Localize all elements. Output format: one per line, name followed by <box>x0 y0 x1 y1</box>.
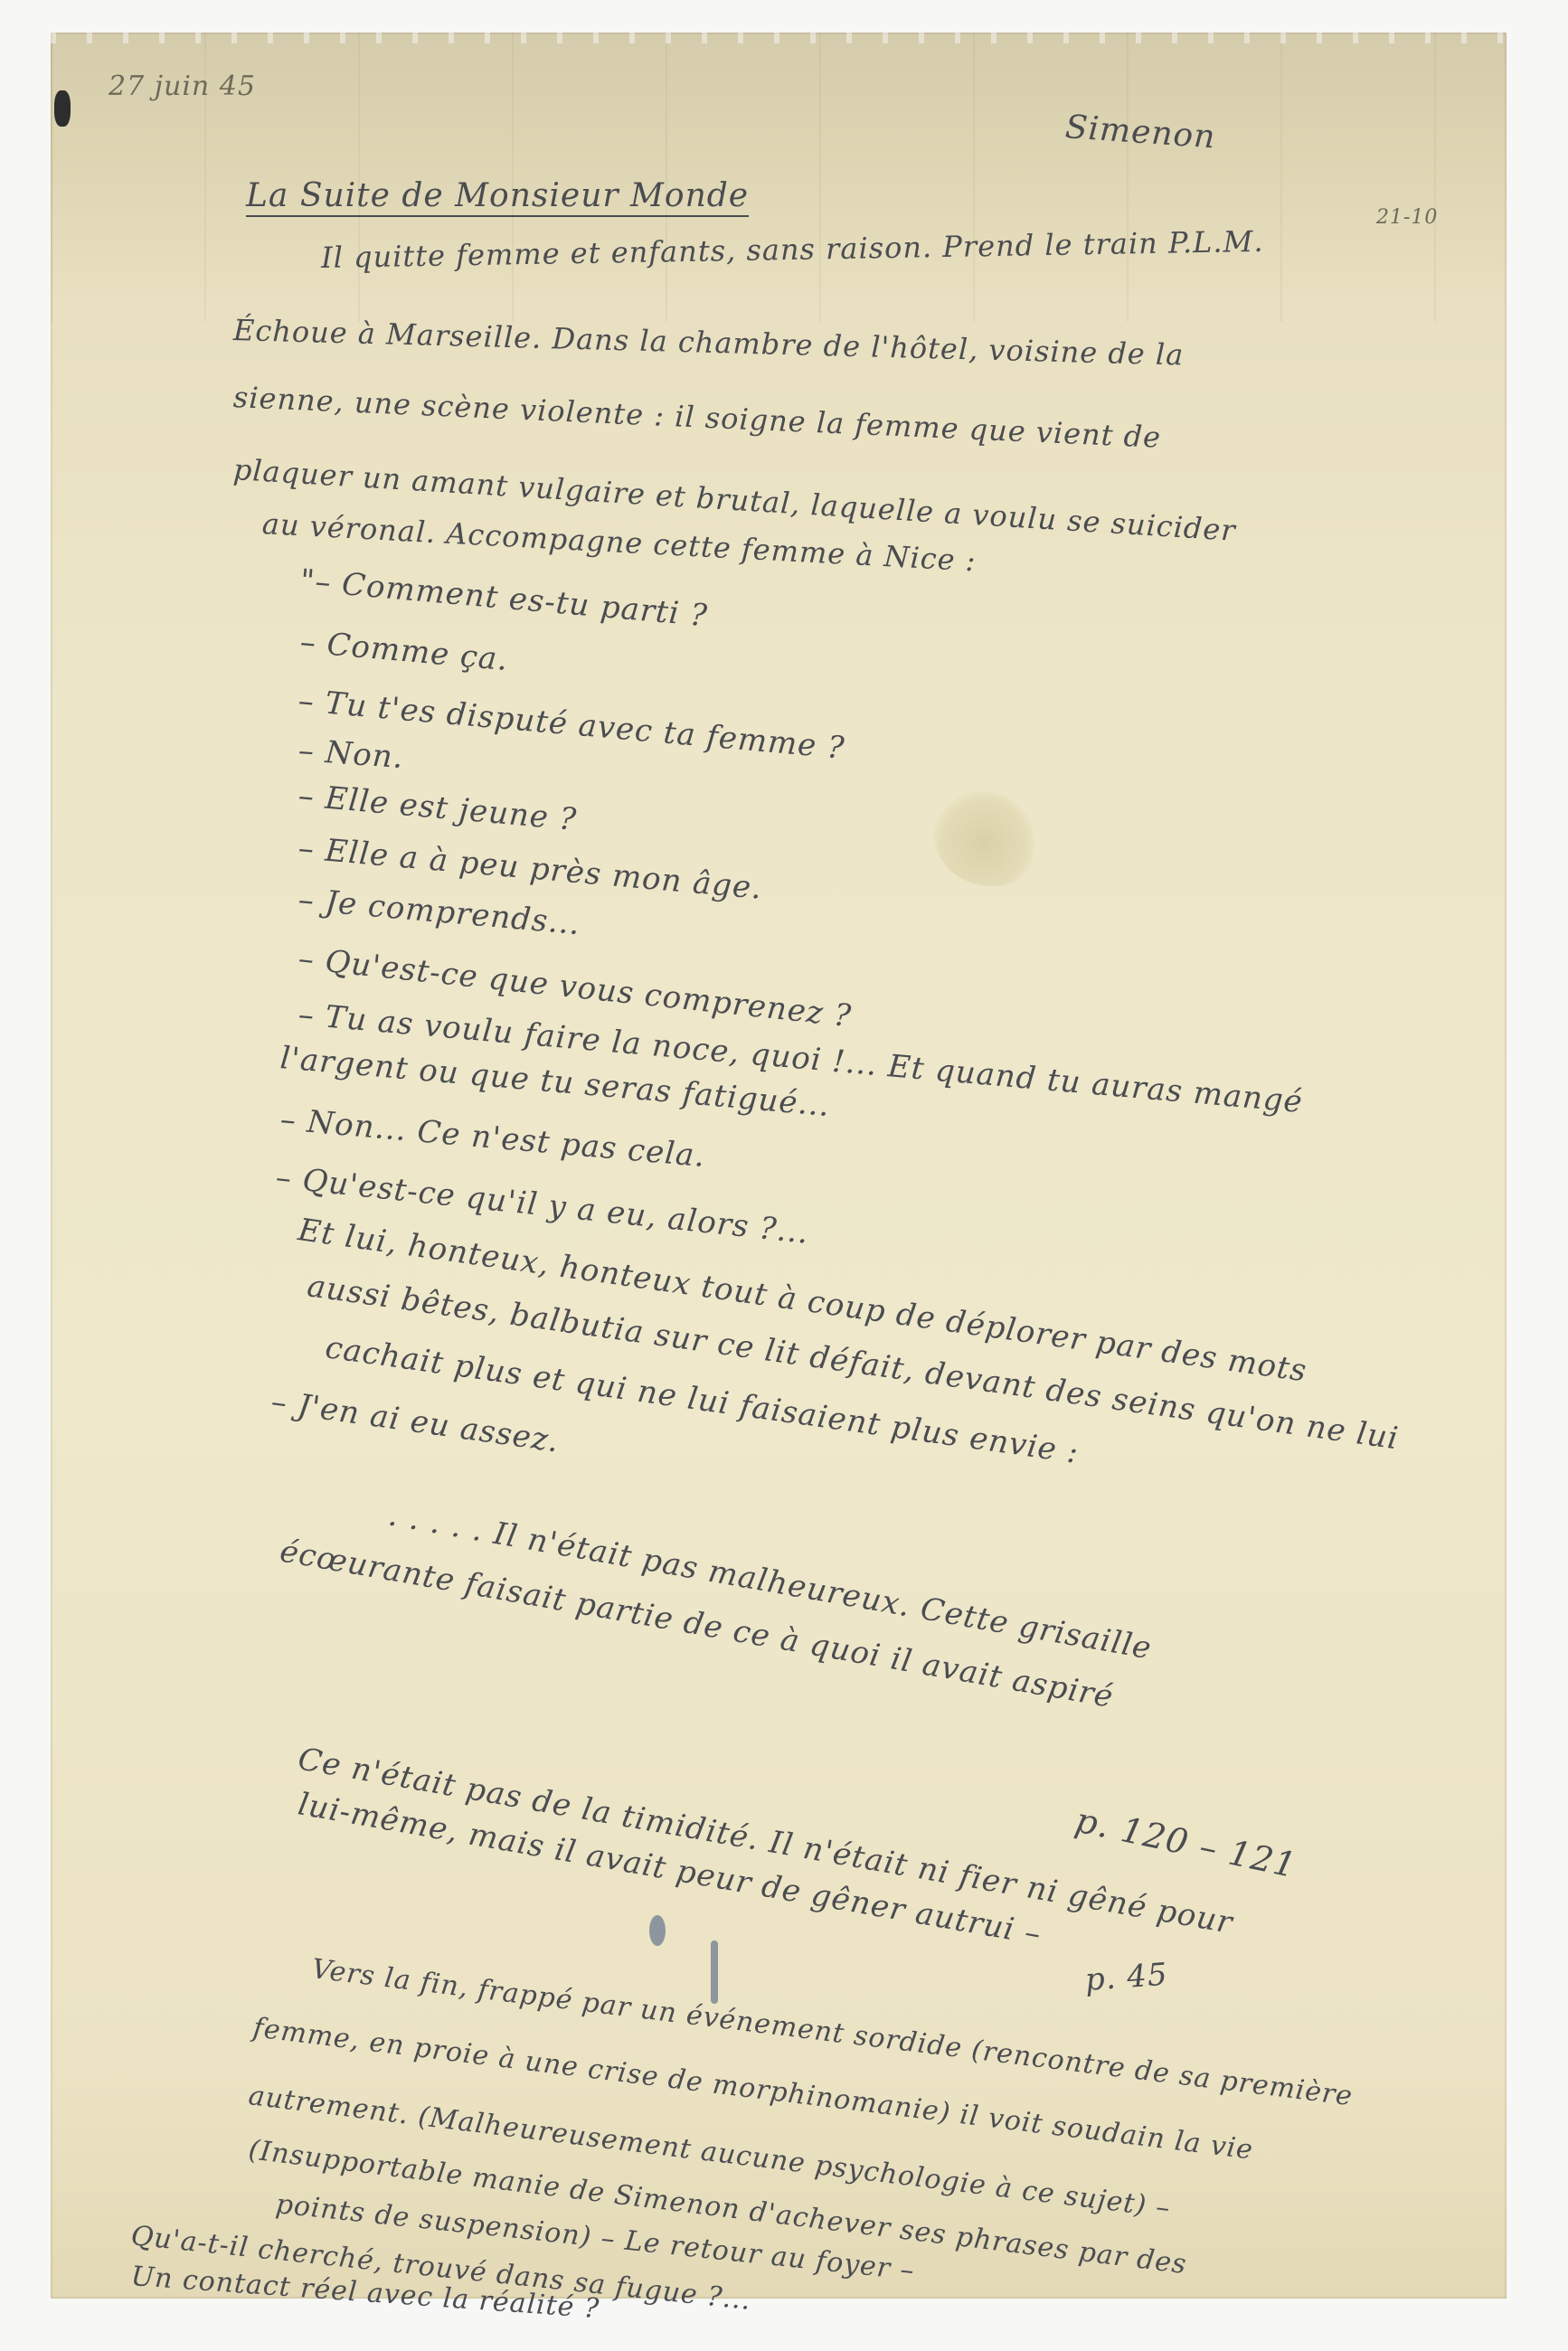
page-reference: p. 45 <box>1084 1957 1169 1998</box>
binding-hole <box>54 90 71 127</box>
dialogue-line: – Non. <box>298 732 405 776</box>
date: 27 juin 45 <box>109 71 256 102</box>
torn-top-edge <box>51 27 1507 43</box>
archive-reference: 21-10 <box>1376 206 1438 229</box>
manuscript-title: La Suite de Monsieur Monde <box>246 177 749 214</box>
blue-ink-blot <box>649 1915 666 1946</box>
manuscript-page <box>51 33 1507 2299</box>
blue-ink-stroke <box>711 1940 718 2004</box>
